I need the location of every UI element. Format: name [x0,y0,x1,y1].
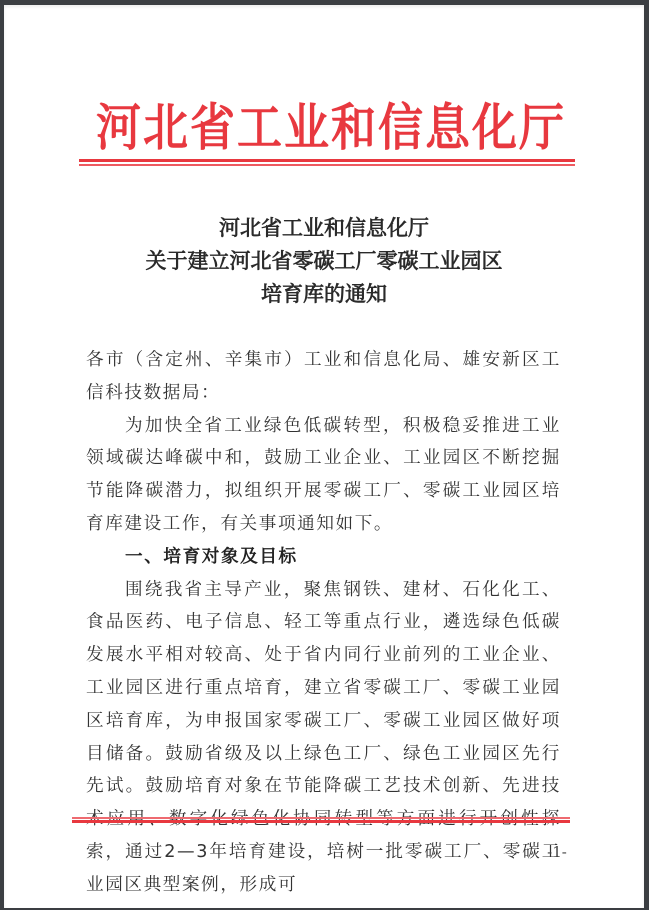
red-rule-thick [79,159,575,162]
title-line-3: 培育库的通知 [64,277,584,310]
masthead-title: 河北省工业和信息化厅 [96,94,566,161]
title-line-2: 关于建立河北省零碳工厂零碳工业园区 [64,244,584,277]
section-heading: 一、培育对象及目标 [86,541,561,574]
red-rule-thin [79,164,575,166]
red-rule-thin [72,817,570,819]
footer-red-rule [72,817,570,823]
title-line-1: 河北省工业和信息化厅 [64,211,584,244]
red-rule-thick [72,820,570,823]
intro-paragraph: 为加快全省工业绿色低碳转型，积极稳妥推进工业领域碳达峰碳中和，鼓励工业企业、工业… [86,410,561,541]
section-paragraph: 围绕我省主导产业，聚焦钢铁、建材、石化化工、食品医药、电子信息、轻工等重点行业，… [86,574,561,902]
masthead-red-rule [79,159,575,166]
page-number: -1- [532,843,582,861]
document-page: 河北省工业和信息化厅 河北省工业和信息化厅 关于建立河北省零碳工厂零碳工业园区 … [4,5,644,908]
addressee: 各市（含定州、辛集市）工业和信息化局、雄安新区工信科技数据局： [86,344,561,410]
document-title: 河北省工业和信息化厅 关于建立河北省零碳工厂零碳工业园区 培育库的通知 [64,211,584,310]
